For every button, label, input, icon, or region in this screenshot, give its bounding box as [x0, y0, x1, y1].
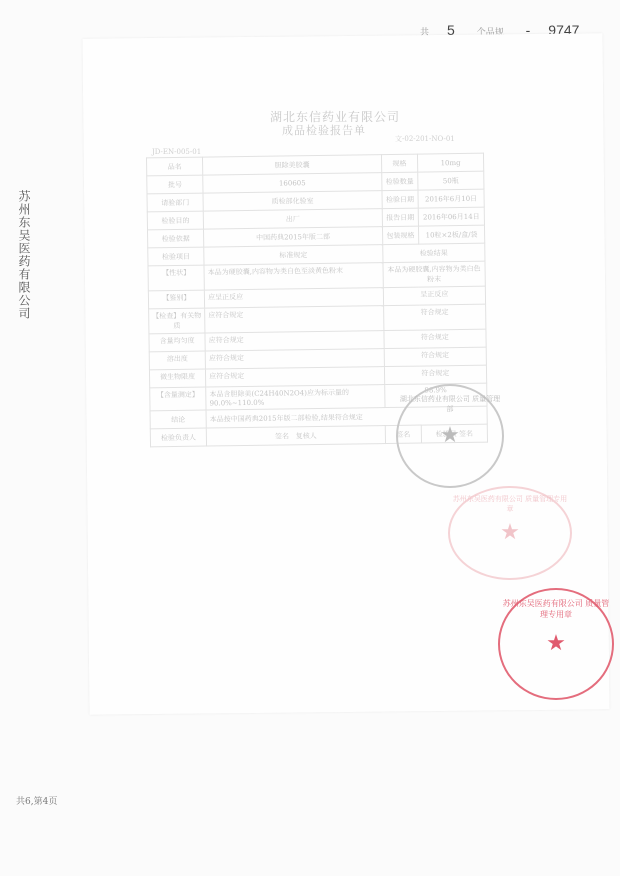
side-company-label: 苏州东吴医药有限公司 [18, 190, 32, 320]
header-result: 检验结果 [382, 243, 485, 262]
meta-k2: 检验日期 [382, 190, 418, 209]
reviewer-label: 复核人 [296, 432, 317, 440]
item-name: 溶出度 [149, 351, 205, 370]
item-name: 微生物限度 [149, 369, 205, 388]
meta-v2: 2016年6月10日 [418, 189, 484, 208]
conclusion-label: 结论 [150, 410, 206, 429]
stamp-gray-text: 湖北东信药业有限公司 质量管理部 [398, 394, 502, 414]
item-standard: 本品为硬胶囊,内容物为类白色至淡黄色粉末 [204, 263, 383, 290]
doc-number: JD-EN-005-01 [152, 148, 201, 156]
item-result: 符合规定 [384, 347, 487, 366]
meta-k2: 规格 [381, 154, 417, 173]
item-result: 本品为硬胶囊,内容物为类白色粉末 [383, 261, 486, 287]
stamp-pink-text: 苏州东吴医药有限公司 质量管理专用章 [450, 494, 570, 514]
meta-k2: 检验数量 [381, 172, 417, 191]
item-result: 符合规定 [384, 365, 487, 384]
item-result: 符合规定 [383, 304, 486, 330]
inspector-signature: 签名 复核人 [206, 426, 385, 446]
meta-v2: 10粒×2板/盒/袋 [418, 225, 484, 244]
item-name: 【性状】 [148, 265, 204, 291]
meta-k2: 包装规格 [382, 226, 418, 245]
meta-v2: 50瓶 [418, 171, 484, 190]
item-standard: 本品含胆除美(C24H40N2O4)应为标示量的90.0%~110.0% [206, 385, 385, 410]
meta-v2: 10mg [417, 153, 483, 172]
item-result: 符合规定 [384, 329, 487, 348]
page-footer: 共6,第4页 [16, 794, 57, 807]
header-item: 检验项目 [148, 247, 204, 266]
item-result: 呈正反应 [383, 286, 486, 305]
meta-k1: 请验部门 [147, 193, 203, 212]
date-number: 文-02-201-NO-01 [395, 134, 455, 144]
star-icon: ★ [546, 633, 566, 655]
meta-k1: 检验目的 [147, 211, 203, 230]
item-name: 【含量测定】 [150, 387, 206, 411]
stamp-red: ★ 苏州东吴医药有限公司 质量管理专用章 [498, 588, 614, 700]
item-standard: 应符合规定 [205, 306, 384, 333]
meta-k2: 报告日期 [382, 208, 418, 227]
item-name: 含量均匀度 [149, 333, 205, 352]
meta-k1: 批号 [147, 175, 203, 194]
stamp-gray: ★ 湖北东信药业有限公司 质量管理部 [396, 384, 504, 488]
item-name: 【检查】有关物质 [149, 308, 205, 334]
meta-k1: 品名 [146, 157, 202, 176]
meta-v2: 2016年06月14日 [418, 207, 484, 226]
stamp-pink: ★ 苏州东吴医药有限公司 质量管理专用章 [448, 486, 572, 580]
meta-k1: 检验依据 [148, 229, 204, 248]
inspector-label: 检验负责人 [150, 428, 206, 447]
report-title: 成品检验报告单 [282, 122, 366, 138]
star-icon: ★ [500, 522, 520, 544]
star-icon: ★ [440, 425, 460, 447]
item-name: 【鉴别】 [148, 290, 204, 309]
stamp-red-text: 苏州东吴医药有限公司 质量管理专用章 [500, 598, 612, 620]
